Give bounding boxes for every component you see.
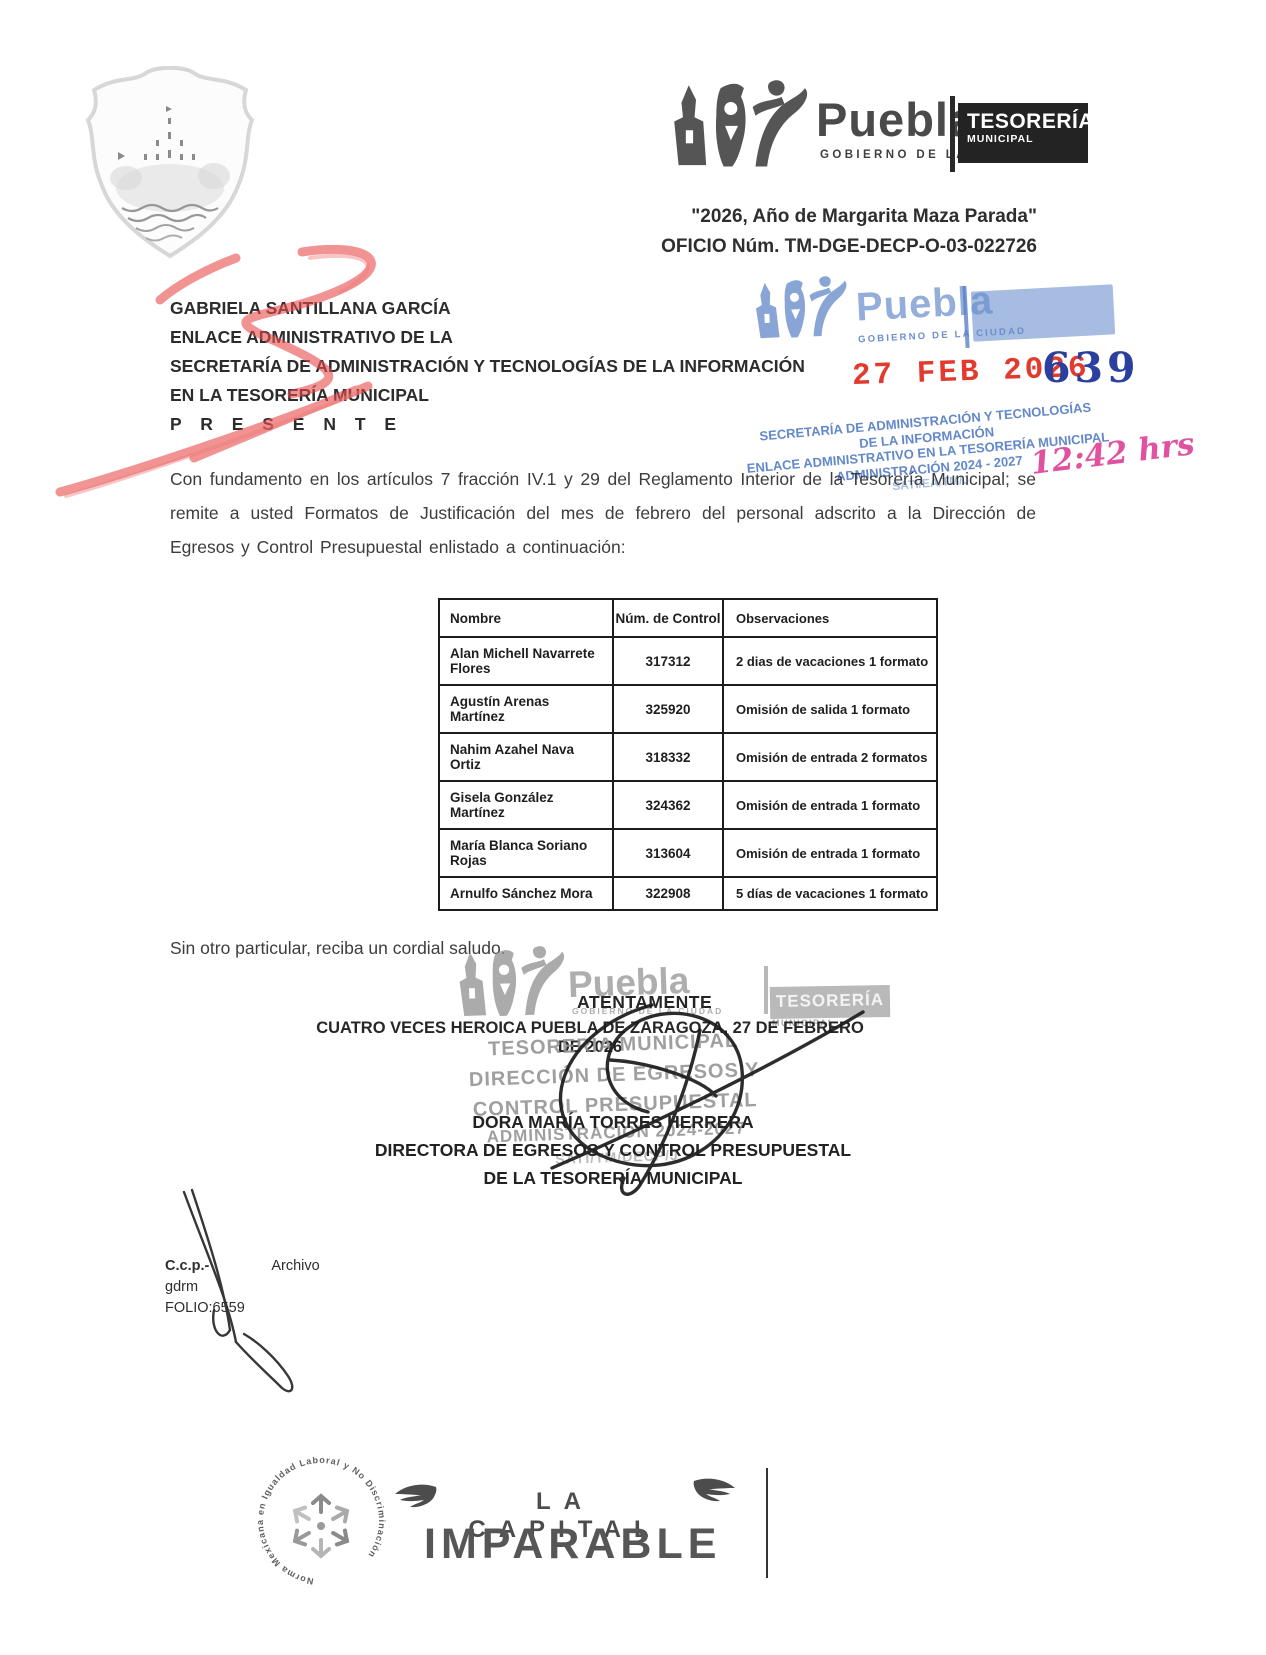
- justification-table: Nombre Núm. de Control Observaciones Ala…: [438, 598, 938, 911]
- received-folio-number: 639: [1042, 344, 1140, 392]
- observation-cell: Omisión de salida 1 formato: [723, 685, 937, 733]
- atentamente-stamp-icons: [454, 943, 571, 1019]
- signer-title-2: DE LA TESORERÍA MUNICIPAL: [330, 1168, 896, 1189]
- signer-name: DORA MARÍA TORRES HERRERA: [330, 1112, 896, 1133]
- table-row: Agustín Arenas Martínez325920Omisión de …: [439, 685, 937, 733]
- header-observaciones: Observaciones: [723, 599, 937, 637]
- body-paragraph: Con fundamento en los artículos 7 fracci…: [170, 462, 1036, 564]
- presente-line: P R E S E N T E: [170, 410, 805, 439]
- ccp-label: C.c.p.-: [165, 1258, 209, 1274]
- recipient-secretariat-line: SECRETARÍA DE ADMINISTRACIÓN Y TECNOLOGÍ…: [170, 352, 805, 381]
- right-wing-icon: [692, 1476, 738, 1504]
- scanned-official-letter: Puebla GOBIERNO DE LA CIUDAD TESORERÍA M…: [0, 0, 1266, 1655]
- recipient-block: GABRIELA SANTILLANA GARCÍA ENLACE ADMINI…: [170, 294, 805, 439]
- badge-line2: MUNICIPAL: [967, 133, 1080, 145]
- received-stamp-badge-block: [971, 284, 1115, 341]
- table-row: Alan Michell Navarrete Flores3173122 dia…: [439, 637, 937, 685]
- control-number-cell: 318332: [613, 733, 723, 781]
- ccp-recipient: Archivo: [271, 1258, 319, 1274]
- footer-divider-line: [766, 1468, 768, 1578]
- observation-cell: 2 dias de vacaciones 1 formato: [723, 637, 937, 685]
- atentamente-stamp-badge: TESORERÍA: [770, 985, 891, 1019]
- logo-divider-bar: [950, 96, 955, 172]
- recipient-office-line: EN LA TESORERÍA MUNICIPAL: [170, 381, 805, 410]
- imparable-text: IMPARABLE: [424, 1520, 714, 1569]
- received-stamp-logo-icons: [750, 273, 853, 340]
- oficio-number: OFICIO Núm. TM-DGE-DECP-O-03-022726: [661, 236, 1037, 258]
- ccp-initials: gdrm: [165, 1277, 320, 1298]
- puebla-logo-icons: [668, 78, 814, 168]
- observation-cell: Omisión de entrada 1 formato: [723, 781, 937, 829]
- control-number-cell: 325920: [613, 685, 723, 733]
- employee-name-cell: María Blanca Soriano Rojas: [439, 829, 613, 877]
- puebla-coat-of-arms: [82, 66, 258, 262]
- atentamente-stamp-divider: [764, 966, 768, 1014]
- badge-line1: TESORERÍA: [967, 110, 1080, 133]
- control-number-cell: 324362: [613, 781, 723, 829]
- tesoreria-municipal-badge: TESORERÍA MUNICIPAL: [958, 103, 1088, 163]
- svg-text:Norma Mexicana en Igualdad Lab: Norma Mexicana en Igualdad Laboral y No …: [255, 1455, 387, 1587]
- header-num-control: Núm. de Control: [613, 599, 723, 637]
- ccp-folio: FOLIO:6559: [165, 1298, 320, 1319]
- table-row: María Blanca Soriano Rojas313604Omisión …: [439, 829, 937, 877]
- recipient-role-line: ENLACE ADMINISTRATIVO DE LA: [170, 323, 805, 352]
- recipient-name: GABRIELA SANTILLANA GARCÍA: [170, 294, 805, 323]
- observation-cell: 5 días de vacaciones 1 formato: [723, 877, 937, 910]
- left-wing-icon: [392, 1482, 438, 1510]
- header-nombre: Nombre: [439, 599, 613, 637]
- signer-title: DIRECTORA DE EGRESOS Y CONTROL PRESUPUES…: [330, 1140, 896, 1161]
- badge-circular-text: Norma Mexicana en Igualdad Laboral y No …: [255, 1455, 387, 1587]
- employee-name-cell: Nahim Azahel Nava Ortiz: [439, 733, 613, 781]
- ccp-block: C.c.p.- Archivo gdrm FOLIO:6559: [165, 1256, 320, 1319]
- atentamente-label: ATENTAMENTE: [577, 992, 712, 1013]
- observation-cell: Omisión de entrada 1 formato: [723, 829, 937, 877]
- table-row: Nahim Azahel Nava Ortiz318332Omisión de …: [439, 733, 937, 781]
- employee-name-cell: Arnulfo Sánchez Mora: [439, 877, 613, 910]
- control-number-cell: 313604: [613, 829, 723, 877]
- table-header-row: Nombre Núm. de Control Observaciones: [439, 599, 937, 637]
- control-number-cell: 322908: [613, 877, 723, 910]
- year-legend: "2026, Año de Margarita Maza Parada": [691, 206, 1037, 228]
- employee-name-cell: Gisela González Martínez: [439, 781, 613, 829]
- table-row: Gisela González Martínez324362Omisión de…: [439, 781, 937, 829]
- employee-name-cell: Agustín Arenas Martínez: [439, 685, 613, 733]
- table-row: Arnulfo Sánchez Mora3229085 días de vaca…: [439, 877, 937, 910]
- igualdad-laboral-badge: Norma Mexicana en Igualdad Laboral y No …: [252, 1452, 390, 1594]
- control-number-cell: 317312: [613, 637, 723, 685]
- observation-cell: Omisión de entrada 2 formatos: [723, 733, 937, 781]
- justification-table-body: Alan Michell Navarrete Flores3173122 dia…: [439, 637, 937, 910]
- employee-name-cell: Alan Michell Navarrete Flores: [439, 637, 613, 685]
